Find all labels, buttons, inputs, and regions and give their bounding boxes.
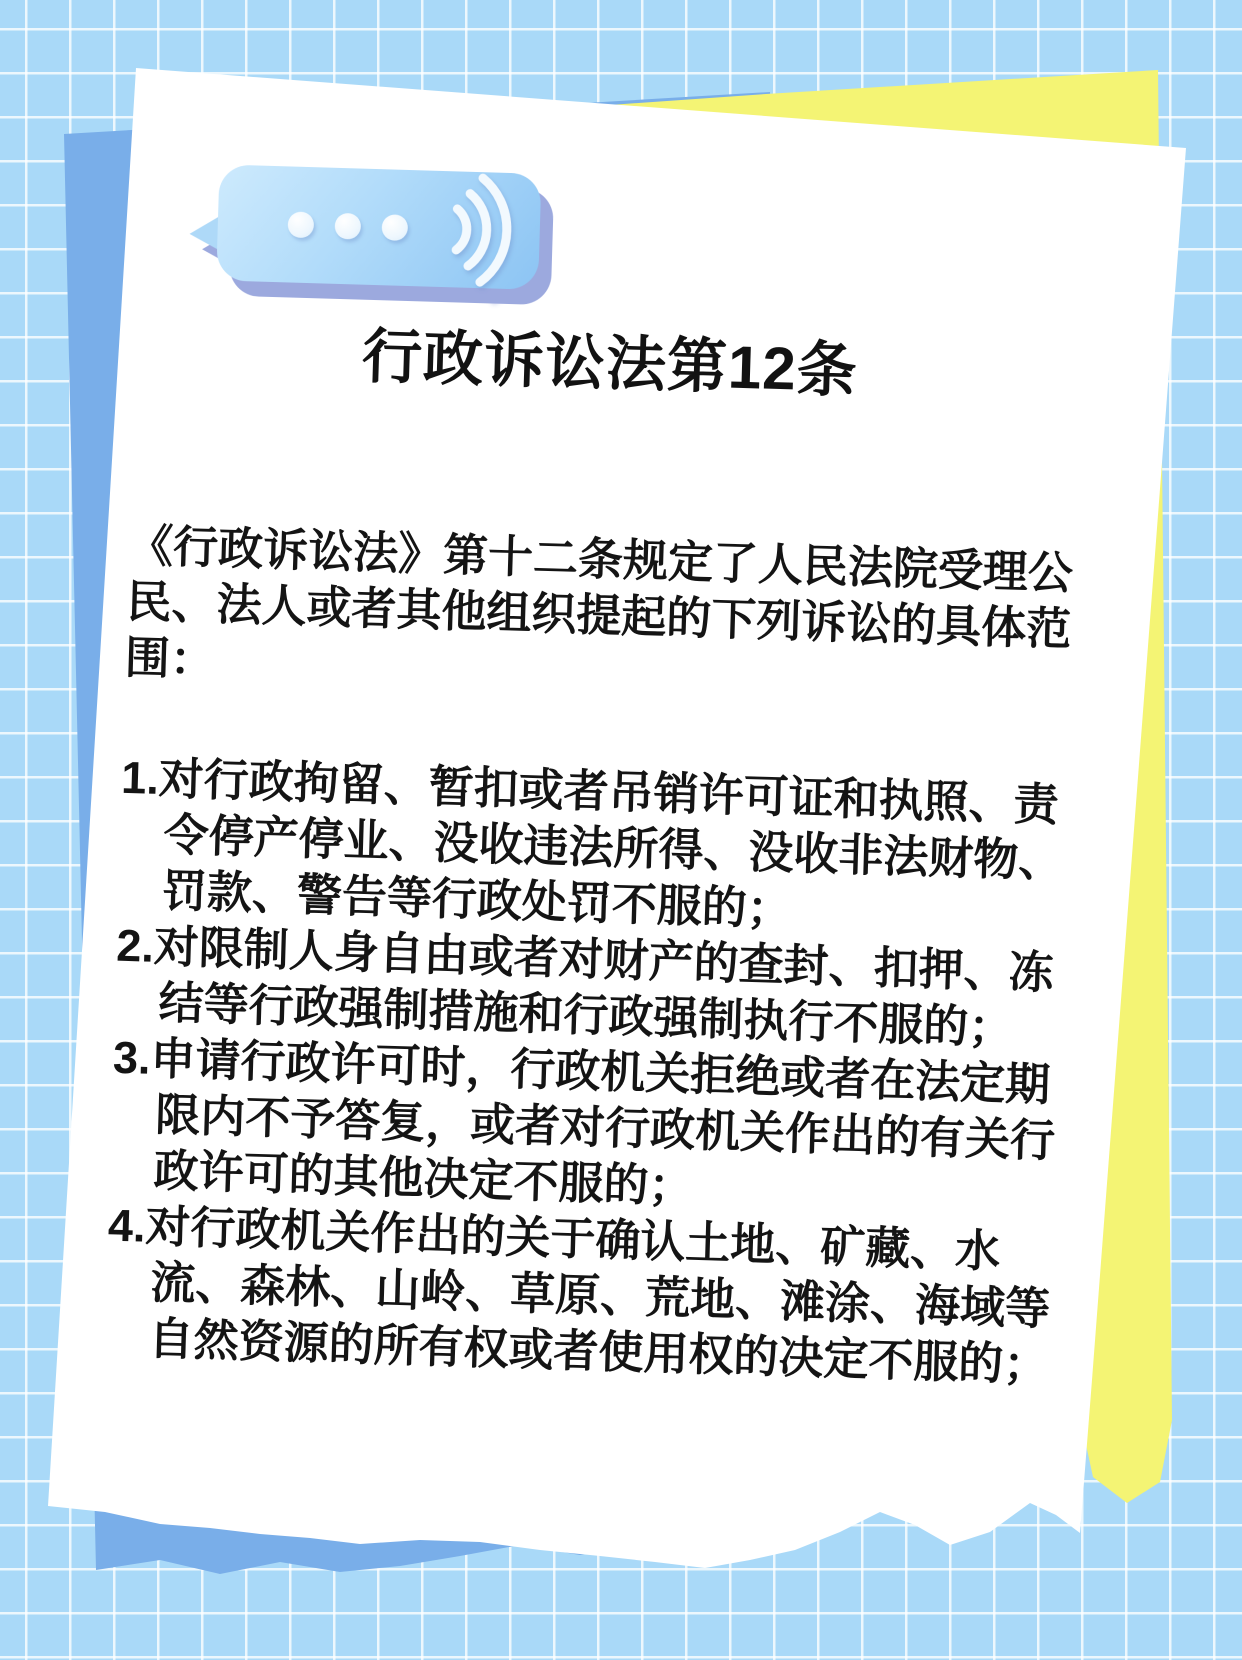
- intro-paragraph: 《行政诉讼法》第十二条规定了人民法院受理公民、法人或者其他组织提起的下列诉讼的具…: [124, 518, 1081, 714]
- list-item: 1.对行政拘留、暂扣或者吊销许可证和执照、责令停产停业、没收违法所得、没收非法财…: [117, 750, 1074, 946]
- speech-bubble-icon: [188, 164, 551, 295]
- typing-dot: [287, 211, 314, 238]
- speech-bubble-body: [216, 164, 541, 290]
- sound-waves-icon: [439, 172, 532, 289]
- provisions-list: 1.对行政拘留、暂扣或者吊销许可证和执照、责令停产停业、没收违法所得、没收非法财…: [104, 750, 1074, 1394]
- infographic-card: 行政诉讼法第12条 《行政诉讼法》第十二条规定了人民法院受理公民、法人或者其他组…: [0, 0, 1242, 1660]
- typing-dot: [334, 213, 361, 240]
- list-item: 4.对行政机关作出的关于确认土地、矿藏、水流、森林、山岭、草原、荒地、滩涂、海域…: [104, 1198, 1061, 1394]
- typing-dot: [381, 214, 408, 241]
- list-item: 3.申请行政许可时，行政机关拒绝或者在法定期限内不予答复，或者对行政机关作出的有…: [109, 1030, 1066, 1226]
